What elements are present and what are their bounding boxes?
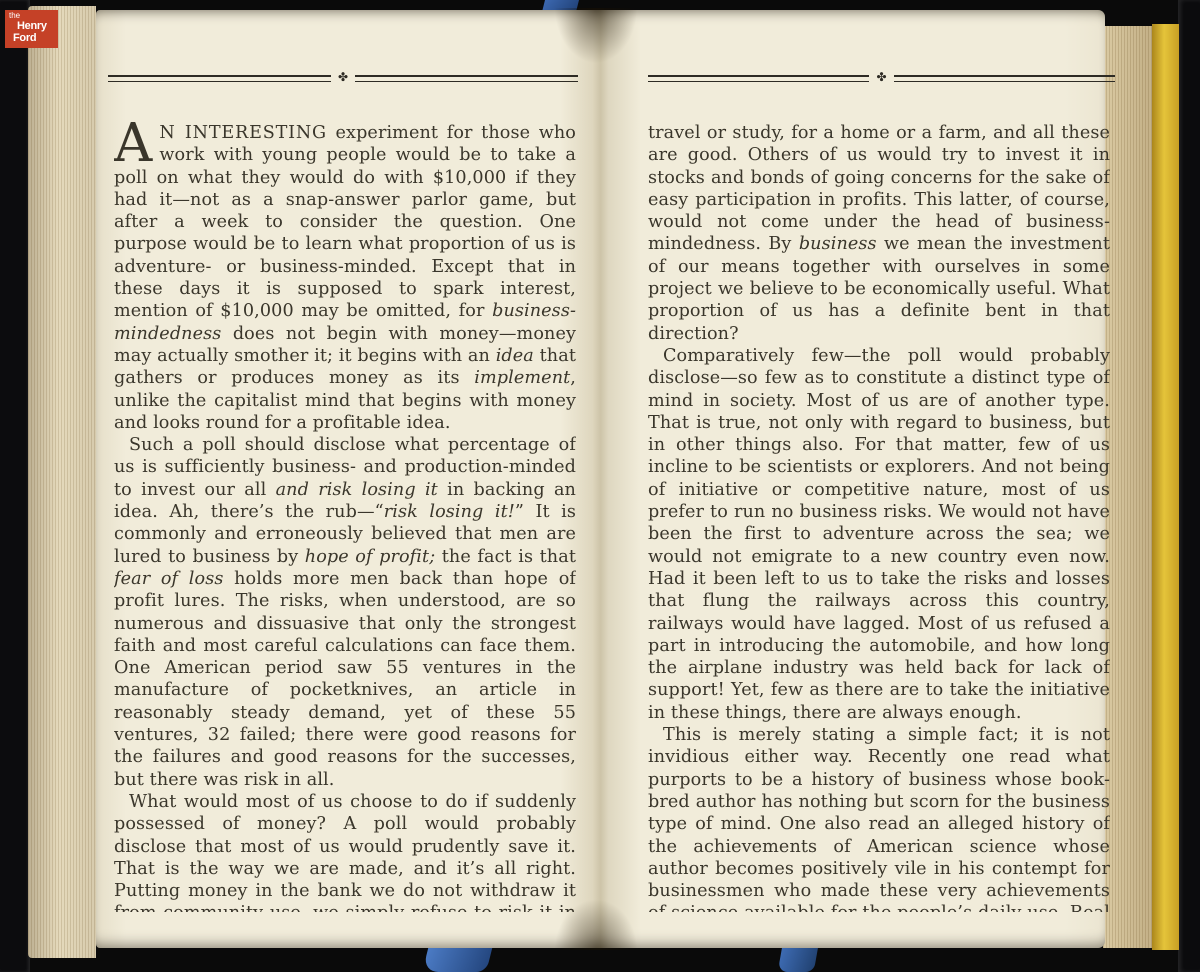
rule-line: [108, 75, 331, 82]
gutter-shadow-top: [551, 8, 641, 68]
henry-ford-logo: the Henry Ford: [5, 10, 58, 48]
italic-text-run: risk losing it!: [384, 502, 515, 522]
paragraph: Comparatively few—the poll would probabl…: [648, 345, 1110, 724]
logo-word-henry: Henry: [17, 21, 58, 32]
italic-text-run: fear of loss: [114, 569, 223, 589]
book-cover-left: [0, 0, 30, 972]
rule-line: [355, 75, 578, 82]
text-run: experiment for those who work with young…: [114, 123, 576, 321]
text-run: Comparatively few—the poll would probabl…: [648, 346, 1110, 723]
text-run: What would most of us choose to do if su…: [114, 792, 576, 912]
text-run: holds more men back than hope of profit …: [114, 569, 576, 790]
book-photo: ✤ ✤ AN INTERESTING experiment for those …: [0, 0, 1200, 972]
logo-word-ford: Ford: [13, 33, 58, 44]
fleuron-ornament-icon: ✤: [338, 71, 348, 83]
rule-line: [648, 75, 869, 82]
paragraph: What would most of us choose to do if su…: [114, 791, 576, 912]
italic-text-run: idea: [496, 346, 534, 366]
page-edges-left: [28, 6, 96, 958]
lead-capitals: N INTERESTING: [159, 123, 327, 143]
italic-text-run: business: [799, 234, 877, 254]
right-page-text-column: travel or study, for a home or a farm, a…: [648, 122, 1110, 912]
italic-text-run: and risk losing it: [276, 480, 438, 500]
paragraph: travel or study, for a home or a farm, a…: [648, 122, 1110, 345]
page-edges-right: [1103, 26, 1153, 948]
logo-word-the: the: [9, 12, 58, 20]
italic-text-run: hope of profit;: [305, 547, 435, 567]
book-cover-right: [1178, 0, 1200, 972]
text-run: the fact is that: [435, 547, 576, 567]
italic-text-run: implement: [474, 368, 570, 388]
fleuron-ornament-icon: ✤: [876, 71, 886, 83]
header-rule-left: ✤: [108, 72, 578, 84]
paragraph: Such a poll should disclose what percent…: [114, 434, 576, 791]
text-run: This is merely stating a simple fact; it…: [648, 725, 1110, 912]
rule-line: [894, 75, 1115, 82]
paragraph: AN INTERESTING experiment for those who …: [114, 122, 576, 434]
header-rule-right: ✤: [648, 72, 1115, 84]
paragraph: This is merely stating a simple fact; it…: [648, 724, 1110, 912]
drop-cap: A: [114, 122, 159, 164]
bookmark-ribbon-bottom-right: [778, 946, 819, 972]
left-page-text-column: AN INTERESTING experiment for those who …: [114, 122, 576, 912]
gilt-edge: [1152, 24, 1179, 950]
